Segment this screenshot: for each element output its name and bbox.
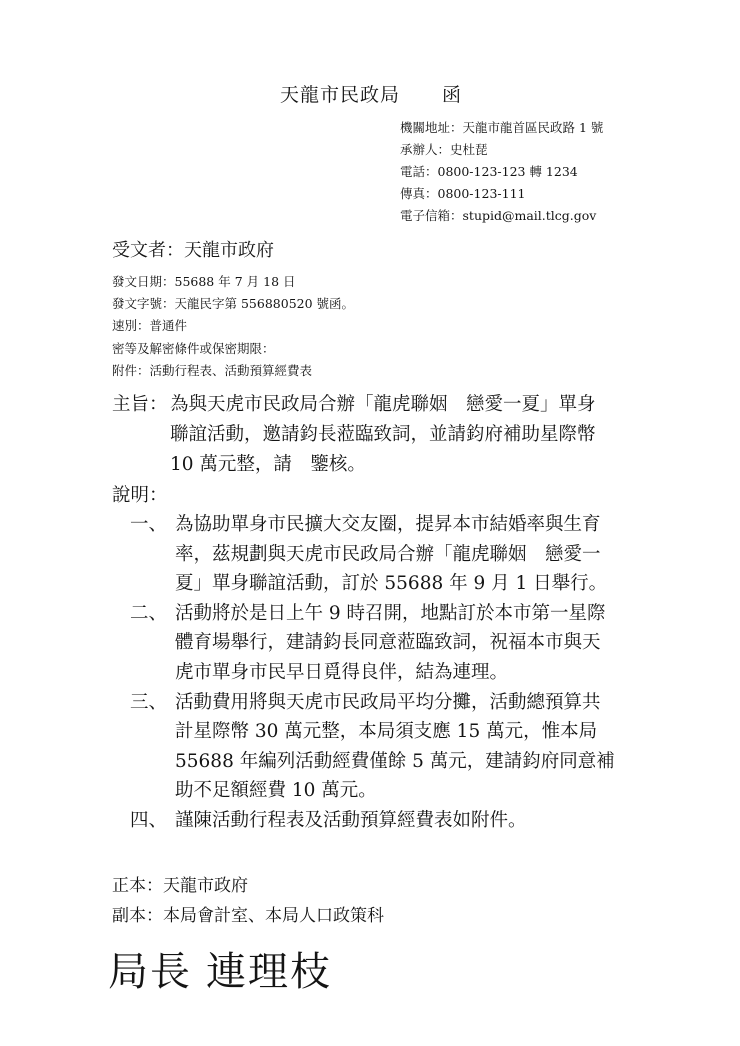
item-line: 體育場舉行，建請鈞長同意蒞臨致詞，祝福本市與天: [175, 628, 606, 658]
item-line: 活動費用將與天虎市民政局平均分攤，活動總預算共: [175, 688, 615, 718]
agency-name: 天龍市民政局: [280, 84, 400, 106]
signatory-name: 連理枝: [206, 949, 332, 995]
explanation-item: 一、 為協助單身市民擴大交友圈，提昇本市結婚率與生育 率，茲規劃與天虎市民政局合…: [130, 510, 615, 599]
document-meta: 發文日期：55688 年 7 月 18 日 發文字號：天龍民字第 5568805…: [112, 271, 354, 382]
explanation-item: 二、 活動將於是日上午 9 時召開，地點訂於本市第一星際 體育場舉行，建請鈞長同…: [130, 599, 615, 688]
recipient: 受文者：天龍市政府: [112, 236, 274, 262]
subject-line: 聯誼活動，邀請鈞長蒞臨致詞，並請鈞府補助星際幣: [112, 420, 596, 450]
subject-label: 主旨：: [112, 390, 170, 420]
contact-email: 電子信箱：stupid@mail.tlcg.gov: [400, 205, 603, 227]
item-line: 55688 年編列活動經費僅餘 5 萬元，建請鈞府同意補: [175, 747, 615, 777]
item-line: 率，茲規劃與天虎市民政局合辦「龍虎聯姻 戀愛一: [175, 540, 607, 570]
item-line: 夏」單身聯誼活動，訂於 55688 年 9 月 1 日舉行。: [175, 569, 607, 599]
contact-fax: 傳真：0800-123-111: [400, 183, 603, 205]
item-line: 虎市單身市民早日覓得良伴，結為連理。: [175, 658, 606, 688]
explanation-list: 一、 為協助單身市民擴大交友圈，提昇本市結婚率與生育 率，茲規劃與天虎市民政局合…: [130, 510, 615, 836]
subject-section: 主旨：為與天虎市民政局合辦「龍虎聯姻 戀愛一夏」單身 聯誼活動，邀請鈞長蒞臨致詞…: [112, 390, 596, 480]
subject-line: 10 萬元整，請 鑒核。: [112, 450, 596, 480]
item-number: 三、: [130, 688, 175, 806]
explanation-item: 三、 活動費用將與天虎市民政局平均分攤，活動總預算共 計星際幣 30 萬元整，本…: [130, 688, 615, 806]
urgency: 速別：普通件: [112, 315, 354, 337]
item-line: 助不足額經費 10 萬元。: [175, 776, 615, 806]
classification: 密等及解密條件或保密期限：: [112, 338, 354, 360]
item-line: 謹陳活動行程表及活動預算經費表如附件。: [175, 806, 527, 836]
issue-date: 發文日期：55688 年 7 月 18 日: [112, 271, 354, 293]
signature: 局長連理枝: [108, 940, 332, 997]
distribution: 正本：天龍市政府 副本：本局會計室、本局人口政策科: [112, 871, 384, 931]
item-line: 活動將於是日上午 9 時召開，地點訂於本市第一星際: [175, 599, 606, 629]
item-number: 一、: [130, 510, 175, 599]
contact-block: 機關地址：天龍市龍首區民政路 1 號 承辦人：史杜琵 電話：0800-123-1…: [400, 117, 603, 227]
subject-line: 為與天虎市民政局合辦「龍虎聯姻 戀愛一夏」單身: [170, 394, 596, 415]
item-number: 二、: [130, 599, 175, 688]
contact-phone: 電話：0800-123-123 轉 1234: [400, 161, 603, 183]
contact-handler: 承辦人：史杜琵: [400, 139, 603, 161]
item-line: 為協助單身市民擴大交友圈，提昇本市結婚率與生育: [175, 510, 607, 540]
signatory-title: 局長: [108, 949, 192, 995]
item-number: 四、: [130, 806, 175, 836]
document-title: 天龍市民政局函: [280, 80, 462, 107]
attachments: 附件：活動行程表、活動預算經費表: [112, 360, 354, 382]
contact-address: 機關地址：天龍市龍首區民政路 1 號: [400, 117, 603, 139]
original-recipient: 正本：天龍市政府: [112, 871, 384, 901]
document-type: 函: [442, 84, 462, 106]
explanation-item: 四、 謹陳活動行程表及活動預算經費表如附件。: [130, 806, 615, 836]
document-number: 發文字號：天龍民字第 556880520 號函。: [112, 293, 354, 315]
explanation-label: 說明：: [112, 481, 168, 507]
copy-recipients: 副本：本局會計室、本局人口政策科: [112, 901, 384, 931]
item-line: 計星際幣 30 萬元整，本局須支應 15 萬元，惟本局: [175, 717, 615, 747]
